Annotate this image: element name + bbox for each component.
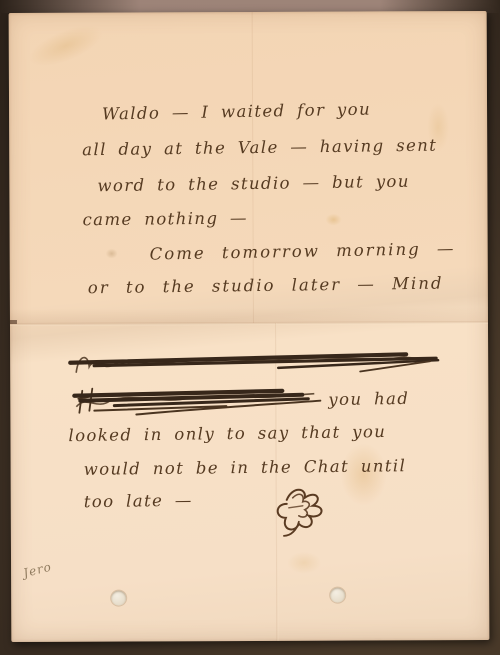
fold-edge-notch xyxy=(10,320,17,324)
ink-scribble xyxy=(70,382,326,421)
ink-scribble xyxy=(68,347,442,379)
letter-line: you had xyxy=(328,389,409,409)
letter-line: or to the studio later — Mind xyxy=(88,274,444,298)
letter-line: too late — xyxy=(84,491,193,511)
punch-hole-right xyxy=(330,588,345,603)
stain xyxy=(106,249,118,259)
pencil-annotation: Jero xyxy=(22,560,53,581)
letter-page: Waldo — I waited for you all day at the … xyxy=(9,11,490,642)
letter-line: came nothing — xyxy=(82,208,248,229)
letter-line: Waldo — I waited for you xyxy=(102,100,371,124)
letter-line: would not be in the Chat until xyxy=(84,456,407,479)
letter-line: Come tomorrow morning — xyxy=(150,239,456,264)
struck-out-line xyxy=(68,347,442,379)
stain xyxy=(287,552,321,574)
stain xyxy=(24,17,108,74)
butterfly-signature xyxy=(269,478,333,542)
butterfly-monogram-icon xyxy=(269,478,333,542)
stain xyxy=(326,214,342,226)
photo-background: Waldo — I waited for you all day at the … xyxy=(0,0,500,655)
struck-out-line xyxy=(70,382,326,421)
punch-hole-left xyxy=(111,591,126,606)
letter-line: word to the studio — but you xyxy=(97,172,410,196)
letter-line: looked in only to say that you xyxy=(68,422,386,445)
letter-line: all day at the Vale — having sent xyxy=(82,136,437,160)
